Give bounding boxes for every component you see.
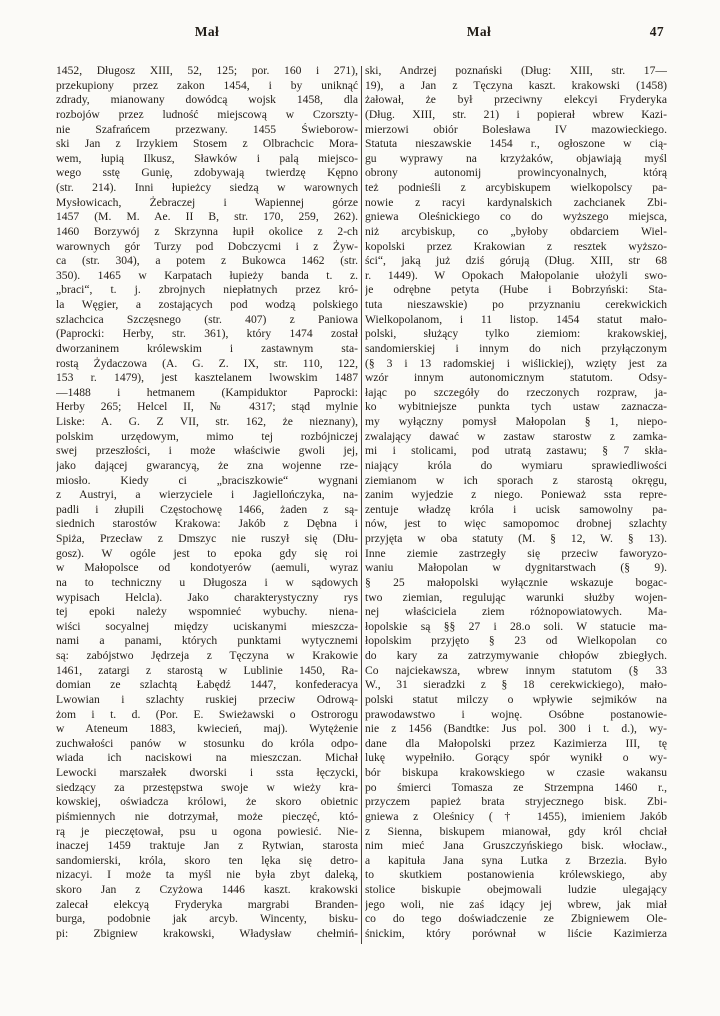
text-line: ca (str. 304), a potem z Bukowca 1462 (s… [56,254,358,269]
text-line: wego sstę Gunię, zdobywają twierdzę Kępn… [56,166,358,181]
running-head: Mał Mał 47 [0,24,720,44]
text-line: w Małopolsce od kondotyerów (aemuli, wyr… [56,561,358,576]
text-line: „braci“, t. j. zbrojnych niepłatnych prz… [56,283,358,298]
text-line: a kapituła Jana syna Lutka z Brzezia. By… [365,854,667,869]
text-line: polski statut milczy o wpływie sejmików … [365,693,667,708]
text-line: polski, służący tylko ziemiom: krakowski… [365,327,667,342]
text-line: jako dającej gwarancyą, że zna wojenne r… [56,459,358,474]
text-columns: 1452, Długosz XIII, 52, 125; por. 160 i … [56,64,667,944]
text-line: śnickim, który porównał w liście Kazimie… [365,927,667,942]
page-number: 47 [650,24,664,40]
text-line: stolice biskupie obejmowali ludzie ulega… [365,883,667,898]
text-line: ko wybitniejsze punkta tych ustaw zaznac… [365,400,667,415]
text-line: co do tego doświadczenie ze Zbigniewem O… [365,912,667,927]
text-line: zwalający dawać w zastaw starostw z zamk… [365,430,667,445]
text-line: zalecał elekcyą Fryderyka margrabi Brand… [56,898,358,913]
text-line: warownych gór Turzy pod Dobczycmi i z Ży… [56,240,358,255]
text-line: 1452, Długosz XIII, 52, 125; por. 160 i … [56,64,358,79]
text-line: siedzący za przestępstwa swoje w wieży k… [56,781,358,796]
text-line: ziemianom w ich sporach z starostą okręg… [365,474,667,489]
text-line: w Ateneum 1883, kwiecień, maj). Wytężeni… [56,722,358,737]
text-line: sandomierskiej i innym do nich przyłączo… [365,342,667,357]
text-line: —1488 i hetmanem (Kampiduktor Paprocki: [56,386,358,401]
text-line: ski Jan z Irzykiem Stosem z Olbrachcic M… [56,137,358,152]
text-line: mierzowi obiór Bolesława IV mazowieckieg… [365,123,667,138]
text-line: przyjęta w oba statuty (M. § 12, W. § 13… [365,532,667,547]
text-line: two ziemian, regulując warunki służby wo… [365,591,667,606]
text-line: 1457 (M. M. Ae. II B, str. 170, 259, 262… [56,210,358,225]
text-line: (Dług. XIII, str. 21) i popierał wbrew K… [365,108,667,123]
text-line: nizacyi. I może ta myśl nie była zbyt da… [56,868,358,883]
text-line: swej przeszłości, i może właściwie gwoli… [56,444,358,459]
text-line: inaczej 1459 traktuje Jan z Rytwian, sta… [56,839,358,854]
text-line: sandomierski, króla, skoro ten lęka się … [56,854,358,869]
text-line: 19), a Jan z Tęczyna kaszt. krakowski (1… [365,79,667,94]
text-line: zuchwałości panów w stosunku do króla od… [56,737,358,752]
text-line: niż arcybiskup, co „byłoby obdarciem Wie… [365,225,667,240]
text-line: r. 1449). W Opokach Małopolanie ułożyli … [365,269,667,284]
text-line: z Sienna, biskupem mianował, gdy król ch… [365,825,667,840]
text-line: nów, jest to więc samopomoc drobnej szla… [365,517,667,532]
text-line: my wyłączny pomysł Małopolan § 1, niepo- [365,415,667,430]
text-line: (str. 214). Inni łupieżcy siedzą w warow… [56,181,358,196]
text-line: gniewa z Oleśnicy († 1455), imieniem Jak… [365,810,667,825]
running-head-left-keyword: Mał [56,24,358,40]
text-line: W., 31 sieradzki z § 18 cerekwickiego), … [365,678,667,693]
text-line: jego woli, nie zaś idący jej wbrew, jak … [365,898,667,913]
text-line: wem, łupią Ilkusz, Sławków i palą miejsc… [56,152,358,167]
text-line: mi i stolicami, pod utratą zastawu; § 7 … [365,444,667,459]
text-line: do kary za zatrzymywanie chłopów zbiegły… [365,649,667,664]
text-line: 153 r. 1479), jest kasztelanem lwowskim … [56,371,358,386]
text-line: przyczem papież brata stryjecznego bisk.… [365,795,667,810]
text-line: piśmiennych nie dotrzymał, może pieczęć,… [56,810,358,825]
text-line: Spiża, Przecław z Dmszyc nie ruszył się … [56,532,358,547]
text-line: 350). 1465 w Karpatach łupieży banda t. … [56,269,358,284]
text-line: gu wyprawy na krzyżaków, objawiają myśl [365,152,667,167]
text-line: rostą Żydaczowa (A. G. Z. IX, str. 110, … [56,357,358,372]
text-line: gniewa Oleśnickiego co do wyższego miejs… [365,210,667,225]
text-line: dworzaninem królewskim i zastawnym sta- [56,342,358,357]
text-line: padli i złupili Częstochowę 1466, żaden … [56,503,358,518]
text-line: prawodawstwo i wojnę. Osóbne postanowie- [365,708,667,723]
text-line: tej epoki należy wspomnieć wybuchy. nien… [56,605,358,620]
text-line: 1460 Borzywój z Skrzynna łupił okolice z… [56,225,358,240]
text-line: la Węgier, a zostających pod wodzą polsk… [56,298,358,313]
text-line: wypisach Helcla). Jako charakterystyczny… [56,591,358,606]
text-line: Lwowian i szlachty ruskiej przeciw Odrow… [56,693,358,708]
text-line: nie z 1456 (Bandtke: Jus pol. 300 i t. d… [365,722,667,737]
text-line: obrony autonomij prowincyonalnych, którą [365,166,667,181]
text-line: wzór innym autonomicznym statutom. Odsy- [365,371,667,386]
text-line: zanim wyjedzie z niego. Ponieważ ssta re… [365,488,667,503]
text-line: nej właściciela ziem różnopowiatowych. M… [365,605,667,620]
text-line: rozbojów przez ludność miejscową w Czors… [56,108,358,123]
text-line: po śmierci Tomasza ze Strzempna 1460 r., [365,781,667,796]
text-line: nowie z racyi kardynalskich zachcianek Z… [365,196,667,211]
text-line: Herby 265; Helcel II, № 4317; stąd mylni… [56,400,358,415]
text-line: siednich starostów Krakowa: Jakób z Dębn… [56,517,358,532]
text-line: je odrębne petyta (Hube i Bobrzyński: St… [365,283,667,298]
text-line: ski, Andrzej poznański (Dług: XIII, str.… [365,64,667,79]
running-head-right-keyword: Mał [364,24,594,40]
text-line: z Austryi, a wierzyciele i Jagiellończyk… [56,488,358,503]
text-line: wiada ich naciskowi na mieszczan. Michał [56,751,358,766]
text-line: są: zabójstwo Jędrzeja z Tęczyna w Krako… [56,649,358,664]
text-line: nami a panami, których punktami wytyczne… [56,634,358,649]
text-line: polskim urzędowym, mimo tej rozbójniczej [56,430,358,445]
text-line: żom i t. d. (Por. E. Swieżawski o Ostror… [56,708,358,723]
scanned-book-page: Mał Mał 47 1452, Długosz XIII, 52, 125; … [0,0,720,1016]
text-line: waniu Małopolan w dygnitarstwach (§ 9). [365,561,667,576]
text-line: zdrady, mianowany dowódcą wojsk 1458, dl… [56,93,358,108]
text-line: Statuta nieszawskie 1454 r., ogłoszone w… [365,137,667,152]
text-line: to skutkiem postanowienia królewskiego, … [365,868,667,883]
text-line: nim mieć Jana Gruszczyńskiego bisk. włoc… [365,839,667,854]
text-line: burga, podobnie jak arcyb. Wincenty, bis… [56,912,358,927]
text-line: szlachcica Szczęsnego (str. 407) z Panio… [56,313,358,328]
text-line: (Paprocki: Herby, str. 361), który 1474 … [56,327,358,342]
text-line: też podnieśli z arcybiskupem wielkopolsc… [365,181,667,196]
text-line: wiści socyalnej między uciskanymi mieszc… [56,620,358,635]
text-line: niający króla do wymiaru sprawiedliwości [365,459,667,474]
text-line: dane dla Małopolski przez Kazimierza III… [365,737,667,752]
text-line: Mysłowicach, Żebraczej i Wapiennej górze [56,196,358,211]
text-line: Inne ziemie zastrzegły się przeciw fawor… [365,547,667,562]
text-line: 1461, zatargi z starostą w Lublinie 1450… [56,664,358,679]
text-line: żałował, że był przeciwny elekcyi Fryder… [365,93,667,108]
text-line: przekupiony przez zakon 1454, i by unikn… [56,79,358,94]
text-line: gosz). W ogóle jest to epoka gdy się roi [56,547,358,562]
left-column: 1452, Długosz XIII, 52, 125; por. 160 i … [56,64,358,944]
text-line: łopolskim przyjęto § 23 od Wielkopolan c… [365,634,667,649]
text-line: tuta nieszawskie) po przyznaniu cerekwic… [365,298,667,313]
text-line: domian ze szlachtą Łabędź 1447, konfeder… [56,678,358,693]
text-line: łając po szczegóły do rzeczonych rozpraw… [365,386,667,401]
text-line: Lewocki marszałek dworski i ssta łęczyck… [56,766,358,781]
text-line: nie Szafrańcem przezwany. 1455 Świeborow… [56,123,358,138]
text-line: pi: Zbigniew krakowski, Władysław chełmi… [56,927,358,942]
text-line: rą je pieczętował, psu u ogona powiesić.… [56,825,358,840]
text-line: bór biskupa krakowskiego w czasie wakans… [365,766,667,781]
text-line: (§ 3 i 13 radomskiej i wiślickiej), wzię… [365,357,667,372]
text-line: zentuje władzę króla i ucisk samowolny p… [365,503,667,518]
text-line: lukę wypełniło. Gorący spór wynikł o wy- [365,751,667,766]
text-line: skoro Jan z Czyżowa 1446 kaszt. krakowsk… [56,883,358,898]
text-line: Co najciekawsza, wbrew innym statutom (§… [365,664,667,679]
text-line: ści“, jaką już dziś górują (Dług. XIII, … [365,254,667,269]
text-line: § 25 małopolski wyłącznie wskazuje bogac… [365,576,667,591]
text-line: kowskiej, oświadcza królowi, że skoro ob… [56,795,358,810]
text-line: łopolskie są §§ 27 i 28.o soli. W statuc… [365,620,667,635]
text-line: Liske: A. G. Z VII, str. 162, że nieznan… [56,415,358,430]
text-line: kopolski przez Krakowian z resztek wyższ… [365,240,667,255]
right-column: ski, Andrzej poznański (Dług: XIII, str.… [365,64,667,944]
text-line: Wielkopolanom, i 11 listop. 1454 statut … [365,313,667,328]
text-line: miosło. Kiedy ci „braciszkowie“ wygnani [56,474,358,489]
column-divider-rule [361,66,362,944]
text-line: na to techniczny u Długosza i w sądowych [56,576,358,591]
